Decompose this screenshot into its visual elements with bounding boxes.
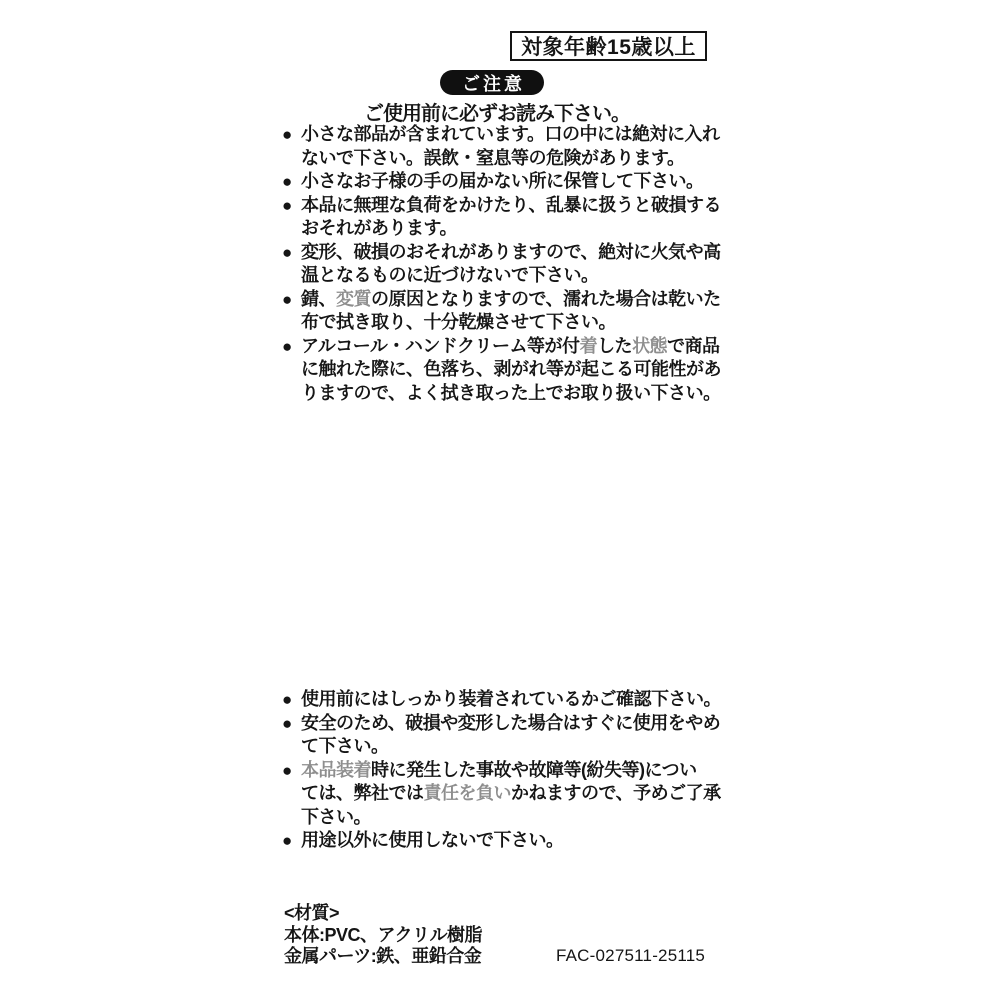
- warning-text-segment: 本品に無理な負荷をかけたり、乱暴に扱うと破損する: [301, 195, 721, 215]
- warning-text-segment: 状態: [632, 336, 667, 356]
- warning-item: ●錆、変質の原因となりますので、濡れた場合は乾いた布で拭き取り、十分乾燥させて下…: [282, 288, 718, 335]
- warning-text-segment: 温となるものに近づけないで下さい。: [301, 265, 599, 285]
- warning-text-segment: 使用前にはしっかり装着されているかご確認下さい。: [301, 689, 721, 709]
- bullet-icon: ●: [282, 712, 301, 736]
- warning-item: ●本品装着時に発生した事故や故障等(紛失等)については、弊社では責任を負いかねま…: [282, 759, 718, 830]
- materials-row: 金属パーツ:鉄、亜鉛合金: [284, 946, 482, 968]
- warning-text-segment: 変質: [336, 289, 371, 309]
- warning-line: ●安全のため、破損や変形した場合はすぐに使用をやめ: [282, 712, 718, 736]
- warning-item: ●小さなお子様の手の届かない所に保管して下さい。: [282, 170, 718, 194]
- warning-line: 温となるものに近づけないで下さい。: [282, 264, 718, 288]
- warning-line: ●小さな部品が含まれています。口の中には絶対に入れ: [282, 123, 718, 147]
- warning-line: りますので、よく拭き取った上でお取り扱い下さい。: [282, 382, 718, 406]
- warning-item: ●使用前にはしっかり装着されているかご確認下さい。: [282, 688, 718, 712]
- warning-line: ●使用前にはしっかり装着されているかご確認下さい。: [282, 688, 718, 712]
- warning-line: ●アルコール・ハンドクリーム等が付着した状態で商品: [282, 335, 718, 359]
- materials-title: <材質>: [284, 903, 482, 925]
- warning-item: ●アルコール・ハンドクリーム等が付着した状態で商品に触れた際に、色落ち、剥がれ等…: [282, 335, 718, 406]
- bullet-icon: ●: [282, 688, 301, 712]
- read-before-use-heading: ご使用前に必ずお読み下さい。: [282, 97, 712, 126]
- warnings-list-bottom: ●使用前にはしっかり装着されているかご確認下さい。●安全のため、破損や変形した場…: [282, 688, 718, 853]
- materials-rows: 本体:PVC、アクリル樹脂金属パーツ:鉄、亜鉛合金: [284, 925, 482, 968]
- warning-text-segment: で商品: [667, 336, 720, 356]
- warning-text-segment: おそれがあります。: [301, 218, 457, 238]
- warning-text-segment: 安全のため、破損や変形した場合はすぐに使用をやめ: [301, 713, 720, 733]
- warning-item: ●小さな部品が含まれています。口の中には絶対に入れないで下さい。誤飲・窒息等の危…: [282, 123, 718, 170]
- warning-text-segment: ては、弊社では: [301, 783, 424, 803]
- warning-text-segment: 布で拭き取り、十分乾燥させて下さい。: [301, 312, 616, 332]
- warning-text-segment: 下さい。: [301, 807, 371, 827]
- warning-line: ては、弊社では責任を負いかねますので、予めご了承: [282, 782, 718, 806]
- warning-item: ●安全のため、破損や変形した場合はすぐに使用をやめて下さい。: [282, 712, 718, 759]
- bullet-icon: ●: [282, 241, 301, 265]
- warning-line: に触れた際に、色落ち、剥がれ等が起こる可能性があ: [282, 358, 718, 382]
- warning-text-segment: の原因となりますので、濡れた場合は乾いた: [371, 289, 721, 309]
- warning-line: 布で拭き取り、十分乾燥させて下さい。: [282, 311, 718, 335]
- warning-text-segment: 本品装着: [301, 760, 371, 780]
- warning-item: ●本品に無理な負荷をかけたり、乱暴に扱うと破損するおそれがあります。: [282, 194, 718, 241]
- materials-section: <材質> 本体:PVC、アクリル樹脂金属パーツ:鉄、亜鉛合金: [284, 903, 482, 968]
- bullet-icon: ●: [282, 759, 301, 783]
- warning-text-segment: りますので、よく拭き取った上でお取り扱い下さい。: [301, 383, 721, 403]
- bullet-icon: ●: [282, 170, 301, 194]
- warning-line: ●本品に無理な負荷をかけたり、乱暴に扱うと破損する: [282, 194, 718, 218]
- warning-line: おそれがあります。: [282, 217, 718, 241]
- warning-text-segment: 時に発生した事故や故障等(紛失等)につい: [371, 760, 697, 780]
- warning-text-segment: 責任を負い: [424, 783, 512, 803]
- warning-line: ●本品装着時に発生した事故や故障等(紛失等)につい: [282, 759, 718, 783]
- warning-text-segment: した: [597, 336, 632, 356]
- warning-text-segment: かねますので、予めご了承: [511, 783, 721, 803]
- warning-text-segment: 小さな部品が含まれています。口の中には絶対に入れ: [301, 124, 720, 144]
- materials-row: 本体:PVC、アクリル樹脂: [284, 925, 482, 947]
- warning-line: 下さい。: [282, 806, 718, 830]
- caution-badge: ご注意: [440, 70, 544, 95]
- warning-line: ないで下さい。誤飲・窒息等の危険があります。: [282, 147, 718, 171]
- warning-text-segment: 錆、: [301, 289, 336, 309]
- warning-item: ●用途以外に使用しないで下さい。: [282, 829, 718, 853]
- warning-text-segment: て下さい。: [301, 736, 389, 756]
- warning-text-segment: アルコール・ハンドクリーム等が付: [301, 336, 580, 356]
- product-code: FAC-027511-25115: [556, 946, 705, 966]
- warning-text-segment: 変形、破損のおそれがありますので、絶対に火気や高: [301, 242, 721, 262]
- warning-line: ●錆、変質の原因となりますので、濡れた場合は乾いた: [282, 288, 718, 312]
- bullet-icon: ●: [282, 288, 301, 312]
- warning-text-segment: に触れた際に、色落ち、剥がれ等が起こる可能性があ: [301, 359, 721, 379]
- bullet-icon: ●: [282, 194, 301, 218]
- warnings-list-top: ●小さな部品が含まれています。口の中には絶対に入れないで下さい。誤飲・窒息等の危…: [282, 123, 718, 405]
- warning-item: ●変形、破損のおそれがありますので、絶対に火気や高温となるものに近づけないで下さ…: [282, 241, 718, 288]
- bullet-icon: ●: [282, 123, 301, 147]
- age-restriction-box: 対象年齢15歳以上: [510, 31, 707, 61]
- bullet-icon: ●: [282, 829, 301, 853]
- warning-line: ●変形、破損のおそれがありますので、絶対に火気や高: [282, 241, 718, 265]
- bullet-icon: ●: [282, 335, 301, 359]
- warning-text-segment: 用途以外に使用しないで下さい。: [301, 830, 564, 850]
- warning-text-segment: 着: [580, 336, 598, 356]
- warning-label-sheet: 対象年齢15歳以上 ご注意 ご使用前に必ずお読み下さい。 ●小さな部品が含まれて…: [0, 0, 1000, 1000]
- warning-line: ●小さなお子様の手の届かない所に保管して下さい。: [282, 170, 718, 194]
- warning-line: て下さい。: [282, 735, 718, 759]
- warning-line: ●用途以外に使用しないで下さい。: [282, 829, 718, 853]
- warning-text-segment: ないで下さい。誤飲・窒息等の危険があります。: [301, 148, 685, 168]
- warning-text-segment: 小さなお子様の手の届かない所に保管して下さい。: [301, 171, 704, 191]
